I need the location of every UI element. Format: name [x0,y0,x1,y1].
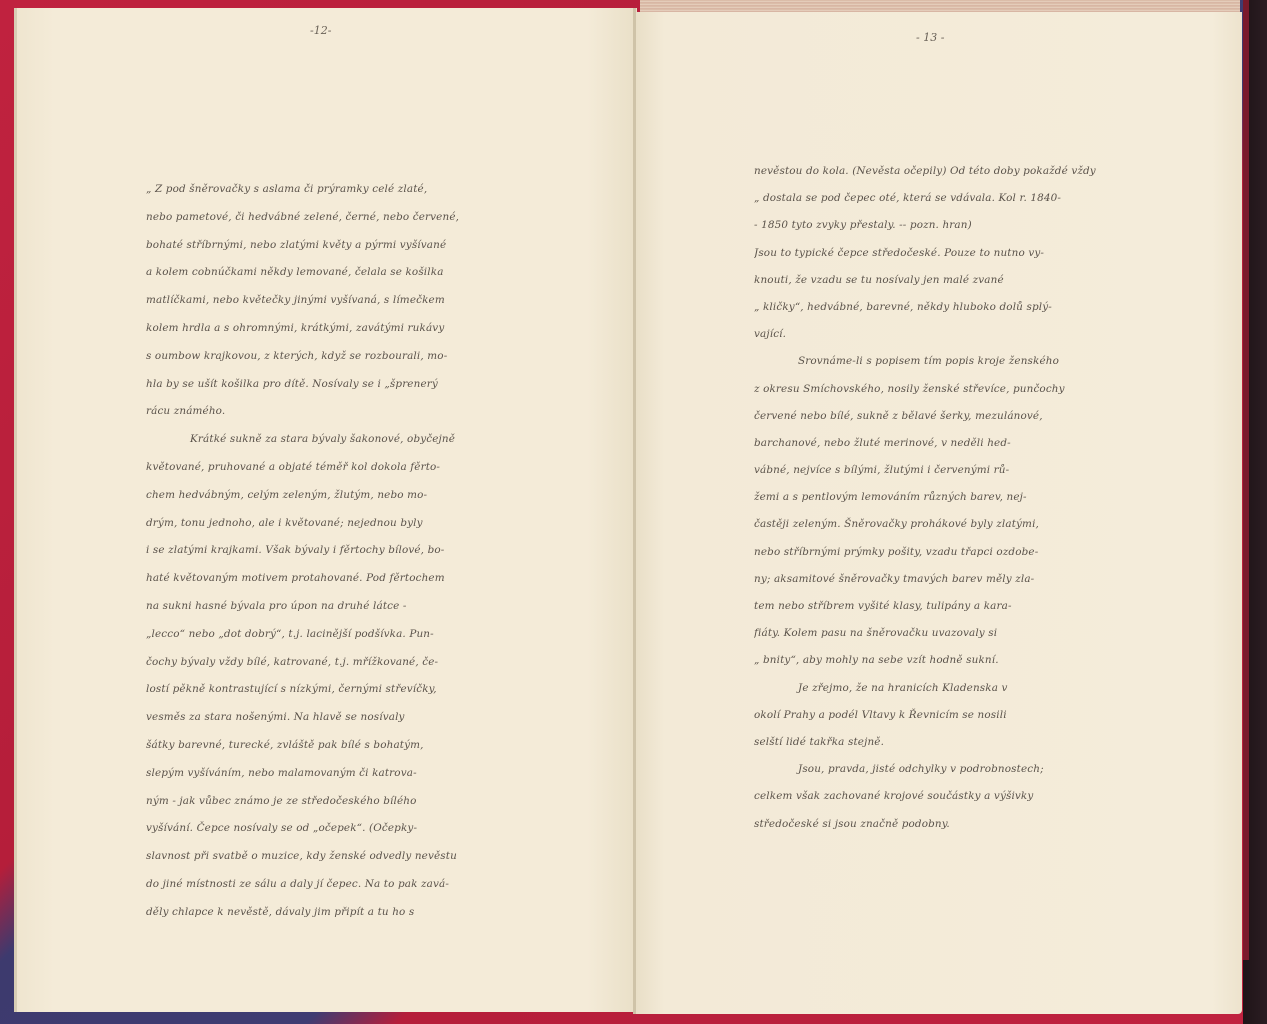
right-page-text: nevěstou do kola. (Nevěsta očepily) Od t… [754,158,1174,838]
text-line: Jsou, pravda, jisté odchylky v podrobnos… [754,756,1174,783]
page-number-left: -12- [310,24,331,37]
text-line: bohaté stříbrnými, nebo zlatými květy a … [146,232,571,260]
text-line: hla by se ušít košilka pro dítě. Nosíval… [146,371,571,399]
text-line: tem nebo stříbrem vyšité klasy, tulipány… [754,593,1174,620]
text-line: i se zlatými krajkami. Však bývaly i fěr… [146,537,571,565]
text-line: matlíčkami, nebo květečky jinými vyšívan… [146,287,571,315]
text-line: „ Z pod šněrovačky s aslama či prýramky … [146,176,571,204]
text-line: rácu známého. [146,398,571,426]
text-line: Je zřejmo, že na hranicích Kladenska v [754,675,1174,702]
page-number-right: - 13 - [916,31,944,44]
text-line: a kolem cobnúčkami někdy lemované, čelal… [146,259,571,287]
text-line: častěji zeleným. Šněrovačky prohákové by… [754,511,1174,538]
text-line: ným - jak vůbec známo je ze středočeskéh… [146,788,571,816]
text-line: děly chlapce k nevěstě, dávaly jim připí… [146,899,571,927]
book-gutter [633,8,636,1014]
text-line: chem hedvábným, celým zeleným, žlutým, n… [146,482,571,510]
text-line: selští lidé takřka stejně. [754,729,1174,756]
text-line: „ kličky“, hedvábné, barevné, někdy hlub… [754,294,1174,321]
text-line: celkem však zachované krojové součástky … [754,783,1174,810]
text-line: středočeské si jsou značně podobny. [754,811,1174,838]
left-page-text: „ Z pod šněrovačky s aslama či prýramky … [146,176,571,927]
text-line: haté květovaným motivem protahované. Pod… [146,565,571,593]
text-line: slavnost při svatbě o muzice, kdy ženské… [146,843,571,871]
text-line: na sukni hasné bývala pro úpon na druhé … [146,593,571,621]
text-line: slepým vyšíváním, nebo malamovaným či ka… [146,760,571,788]
text-line: fiáty. Kolem pasu na šněrovačku uvazoval… [754,620,1174,647]
page-stack-edges [640,0,1240,12]
text-line: nebo pametové, či hedvábné zelené, černé… [146,204,571,232]
text-line: Krátké sukně za stara bývaly šakonové, o… [146,426,571,454]
text-line: s oumbow krajkovou, z kterých, když se r… [146,343,571,371]
text-line: šátky barevné, turecké, zvláště pak bílé… [146,732,571,760]
text-line: do jiné místnosti ze sálu a daly jí čepe… [146,871,571,899]
text-line: Jsou to typické čepce středočeské. Pouze… [754,240,1174,267]
text-line: Srovnáme-li s popisem tím popis kroje že… [754,348,1174,375]
text-line: z okresu Smíchovského, nosily ženské stř… [754,376,1174,403]
text-line: „lecco“ nebo „dot dobrý“, t.j. lacinější… [146,621,571,649]
text-line: barchanové, nebo žluté merinové, v neděl… [754,430,1174,457]
text-line: lostí pěkně kontrastující s nízkými, čer… [146,676,571,704]
text-line: červené nebo bílé, sukně z bělavé šerky,… [754,403,1174,430]
text-line: „ dostala se pod čepec oté, která se vdá… [754,185,1174,212]
text-line: květované, pruhované a objaté téměř kol … [146,454,571,482]
text-line: „ bnity“, aby mohly na sebe vzít hodně s… [754,647,1174,674]
text-line: vající. [754,321,1174,348]
text-line: okolí Prahy a podél Vltavy k Řevnicím se… [754,702,1174,729]
text-line: vábné, nejvíce s bílými, žlutými i červe… [754,457,1174,484]
cover-red-strip [1243,0,1249,960]
text-line: nevěstou do kola. (Nevěsta očepily) Od t… [754,158,1174,185]
text-line: kolem hrdla a s ohromnými, krátkými, zav… [146,315,571,343]
text-line: vyšívání. Čepce nosívaly se od „očepek“.… [146,815,571,843]
text-line: drým, tonu jednoho, ale i květované; nej… [146,510,571,538]
cover-edge-right [1243,0,1267,1024]
text-line: nebo stříbrnými prýmky pošity, vzadu třa… [754,539,1174,566]
text-line: vesměs za stara nošenými. Na hlavě se no… [146,704,571,732]
text-line: ny; aksamitové šněrovačky tmavých barev … [754,566,1174,593]
text-line: žemi a s pentlovým lemováním různých bar… [754,484,1174,511]
text-line: - 1850 tyto zvyky přestaly. -- pozn. hra… [754,212,1174,239]
text-line: knouti, že vzadu se tu nosívaly jen malé… [754,267,1174,294]
text-line: čochy bývaly vždy bílé, katrované, t.j. … [146,649,571,677]
